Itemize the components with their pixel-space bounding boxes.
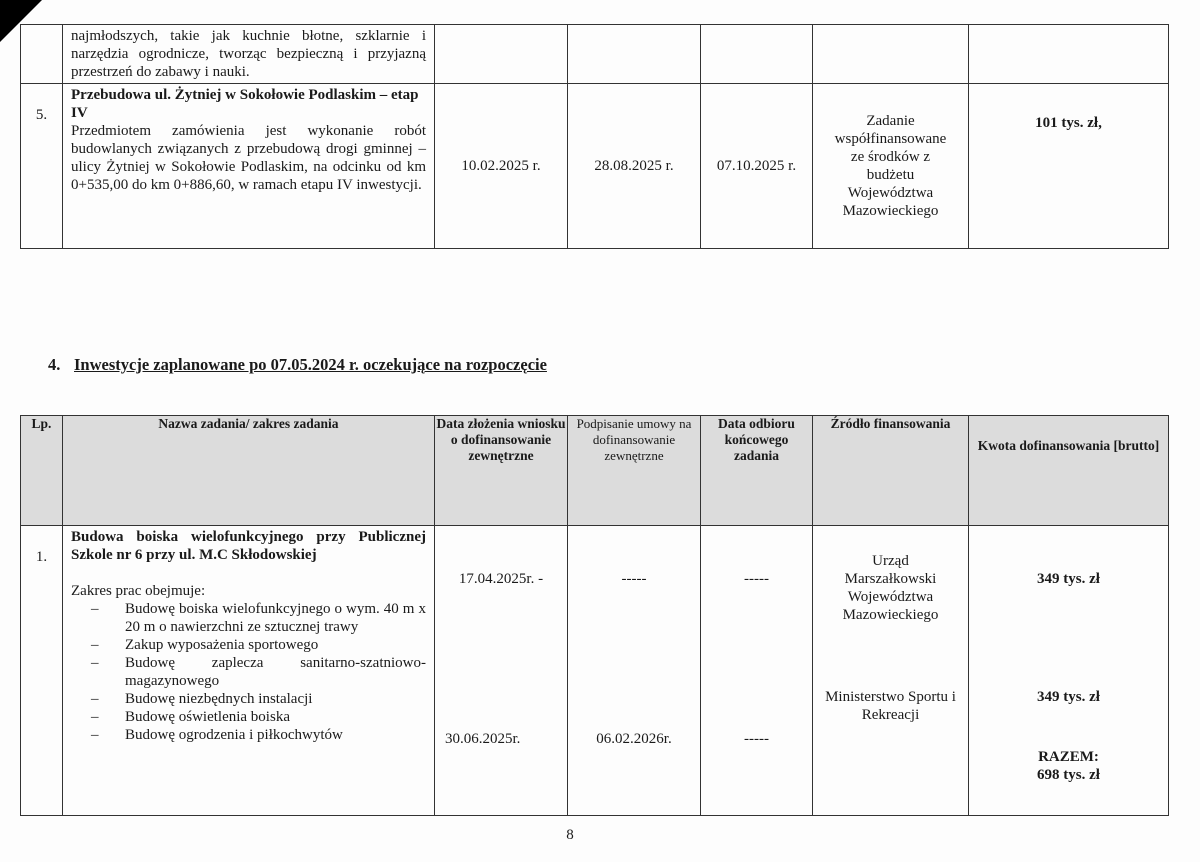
source-1: Urząd Marszałkowski Województwa Mazowiec… xyxy=(813,552,968,624)
header-acceptance: Data odbioru końcowego zadania xyxy=(701,416,813,526)
list-item: Budowę boiska wielofunkcyjnego o wym. 40… xyxy=(71,600,426,636)
agreement-cell: ----- 06.02.2026r. xyxy=(568,526,701,816)
scope-intro: Zakres prac obejmuje: xyxy=(71,582,426,600)
lp-cell: 5. xyxy=(21,84,63,249)
header-application-date: Data złożenia wniosku o dofinansowanie z… xyxy=(435,416,568,526)
lp-cell xyxy=(21,25,63,84)
header-name: Nazwa zadania/ zakres zadania xyxy=(63,416,435,526)
list-item: Budowę ogrodzenia i piłkochwytów xyxy=(71,726,426,744)
application-date: 10.02.2025 r. xyxy=(435,84,568,249)
empty-cell xyxy=(813,25,969,84)
header-source: Źródło finansowania xyxy=(813,416,969,526)
empty-cell xyxy=(701,25,813,84)
task-title: Przebudowa ul. Żytniej w Sokołowie Podla… xyxy=(71,86,426,122)
acceptance-date: 07.10.2025 r. xyxy=(701,84,813,249)
funding-source: Zadanie współfinansowane ze środków z bu… xyxy=(813,84,969,249)
section-number: 4. xyxy=(48,355,74,375)
total-label: RAZEM: xyxy=(969,748,1168,766)
table-row: 1. Budowa boiska wielofunkcyjnego przy P… xyxy=(21,526,1169,816)
source-cell: Urząd Marszałkowski Województwa Mazowiec… xyxy=(813,526,969,816)
scope-list: Budowę boiska wielofunkcyjnego o wym. 40… xyxy=(71,600,426,744)
acceptance-cell: ----- ----- xyxy=(701,526,813,816)
amount-2: 349 tys. zł xyxy=(969,688,1168,706)
source-2: Ministerstwo Sportu i Rekreacji xyxy=(813,688,968,724)
list-item: Zakup wyposażenia sportowego xyxy=(71,636,426,654)
list-item: Budowę zaplecza sanitarno-szatniowo-maga… xyxy=(71,654,426,690)
lp-cell: 1. xyxy=(21,526,63,816)
header-amount: Kwota dofinansowania [brutto] xyxy=(969,416,1169,526)
amount-cell: 349 tys. zł 349 tys. zł RAZEM: 698 tys. … xyxy=(969,526,1169,816)
header-lp: Lp. xyxy=(21,416,63,526)
application-dates-cell: 17.04.2025r. - 30.06.2025r. xyxy=(435,526,568,816)
section-title: Inwestycje zaplanowane po 07.05.2024 r. … xyxy=(74,355,547,374)
task-description: Przedmiotem zamówienia jest wykonanie ro… xyxy=(71,122,426,194)
section-heading: 4.Inwestycje zaplanowane po 07.05.2024 r… xyxy=(48,355,547,375)
total-amount: 698 tys. zł xyxy=(969,766,1168,784)
application-date-1: 17.04.2025r. - xyxy=(435,570,567,588)
page-number: 8 xyxy=(0,827,1140,844)
agreement-2: 06.02.2026r. xyxy=(568,730,700,748)
list-item: Budowę oświetlenia boiska xyxy=(71,708,426,726)
header-agreement: Podpisanie umowy na dofinansowanie zewnę… xyxy=(568,416,701,526)
acceptance-2: ----- xyxy=(701,730,812,748)
agreement-date: 28.08.2025 r. xyxy=(568,84,701,249)
acceptance-1: ----- xyxy=(701,570,812,588)
task-cell: Przebudowa ul. Żytniej w Sokołowie Podla… xyxy=(63,84,435,249)
application-date-2: 30.06.2025r. xyxy=(435,730,567,748)
planned-investments-table: Lp. Nazwa zadania/ zakres zadania Data z… xyxy=(20,415,1169,816)
table-header-row: Lp. Nazwa zadania/ zakres zadania Data z… xyxy=(21,416,1169,526)
empty-cell xyxy=(568,25,701,84)
task-title: Budowa boiska wielofunkcyjnego przy Publ… xyxy=(71,528,426,564)
investments-table-continued: najmłodszych, takie jak kuchnie błotne, … xyxy=(20,24,1169,249)
empty-cell xyxy=(969,25,1169,84)
table-row: najmłodszych, takie jak kuchnie błotne, … xyxy=(21,25,1169,84)
list-item: Budowę niezbędnych instalacji xyxy=(71,690,426,708)
empty-cell xyxy=(435,25,568,84)
amount-1: 349 tys. zł xyxy=(969,570,1168,588)
task-description-continued: najmłodszych, takie jak kuchnie błotne, … xyxy=(63,25,435,84)
funding-amount: 101 tys. zł, xyxy=(969,84,1169,249)
task-cell: Budowa boiska wielofunkcyjnego przy Publ… xyxy=(63,526,435,816)
table-row: 5. Przebudowa ul. Żytniej w Sokołowie Po… xyxy=(21,84,1169,249)
agreement-1: ----- xyxy=(568,570,700,588)
